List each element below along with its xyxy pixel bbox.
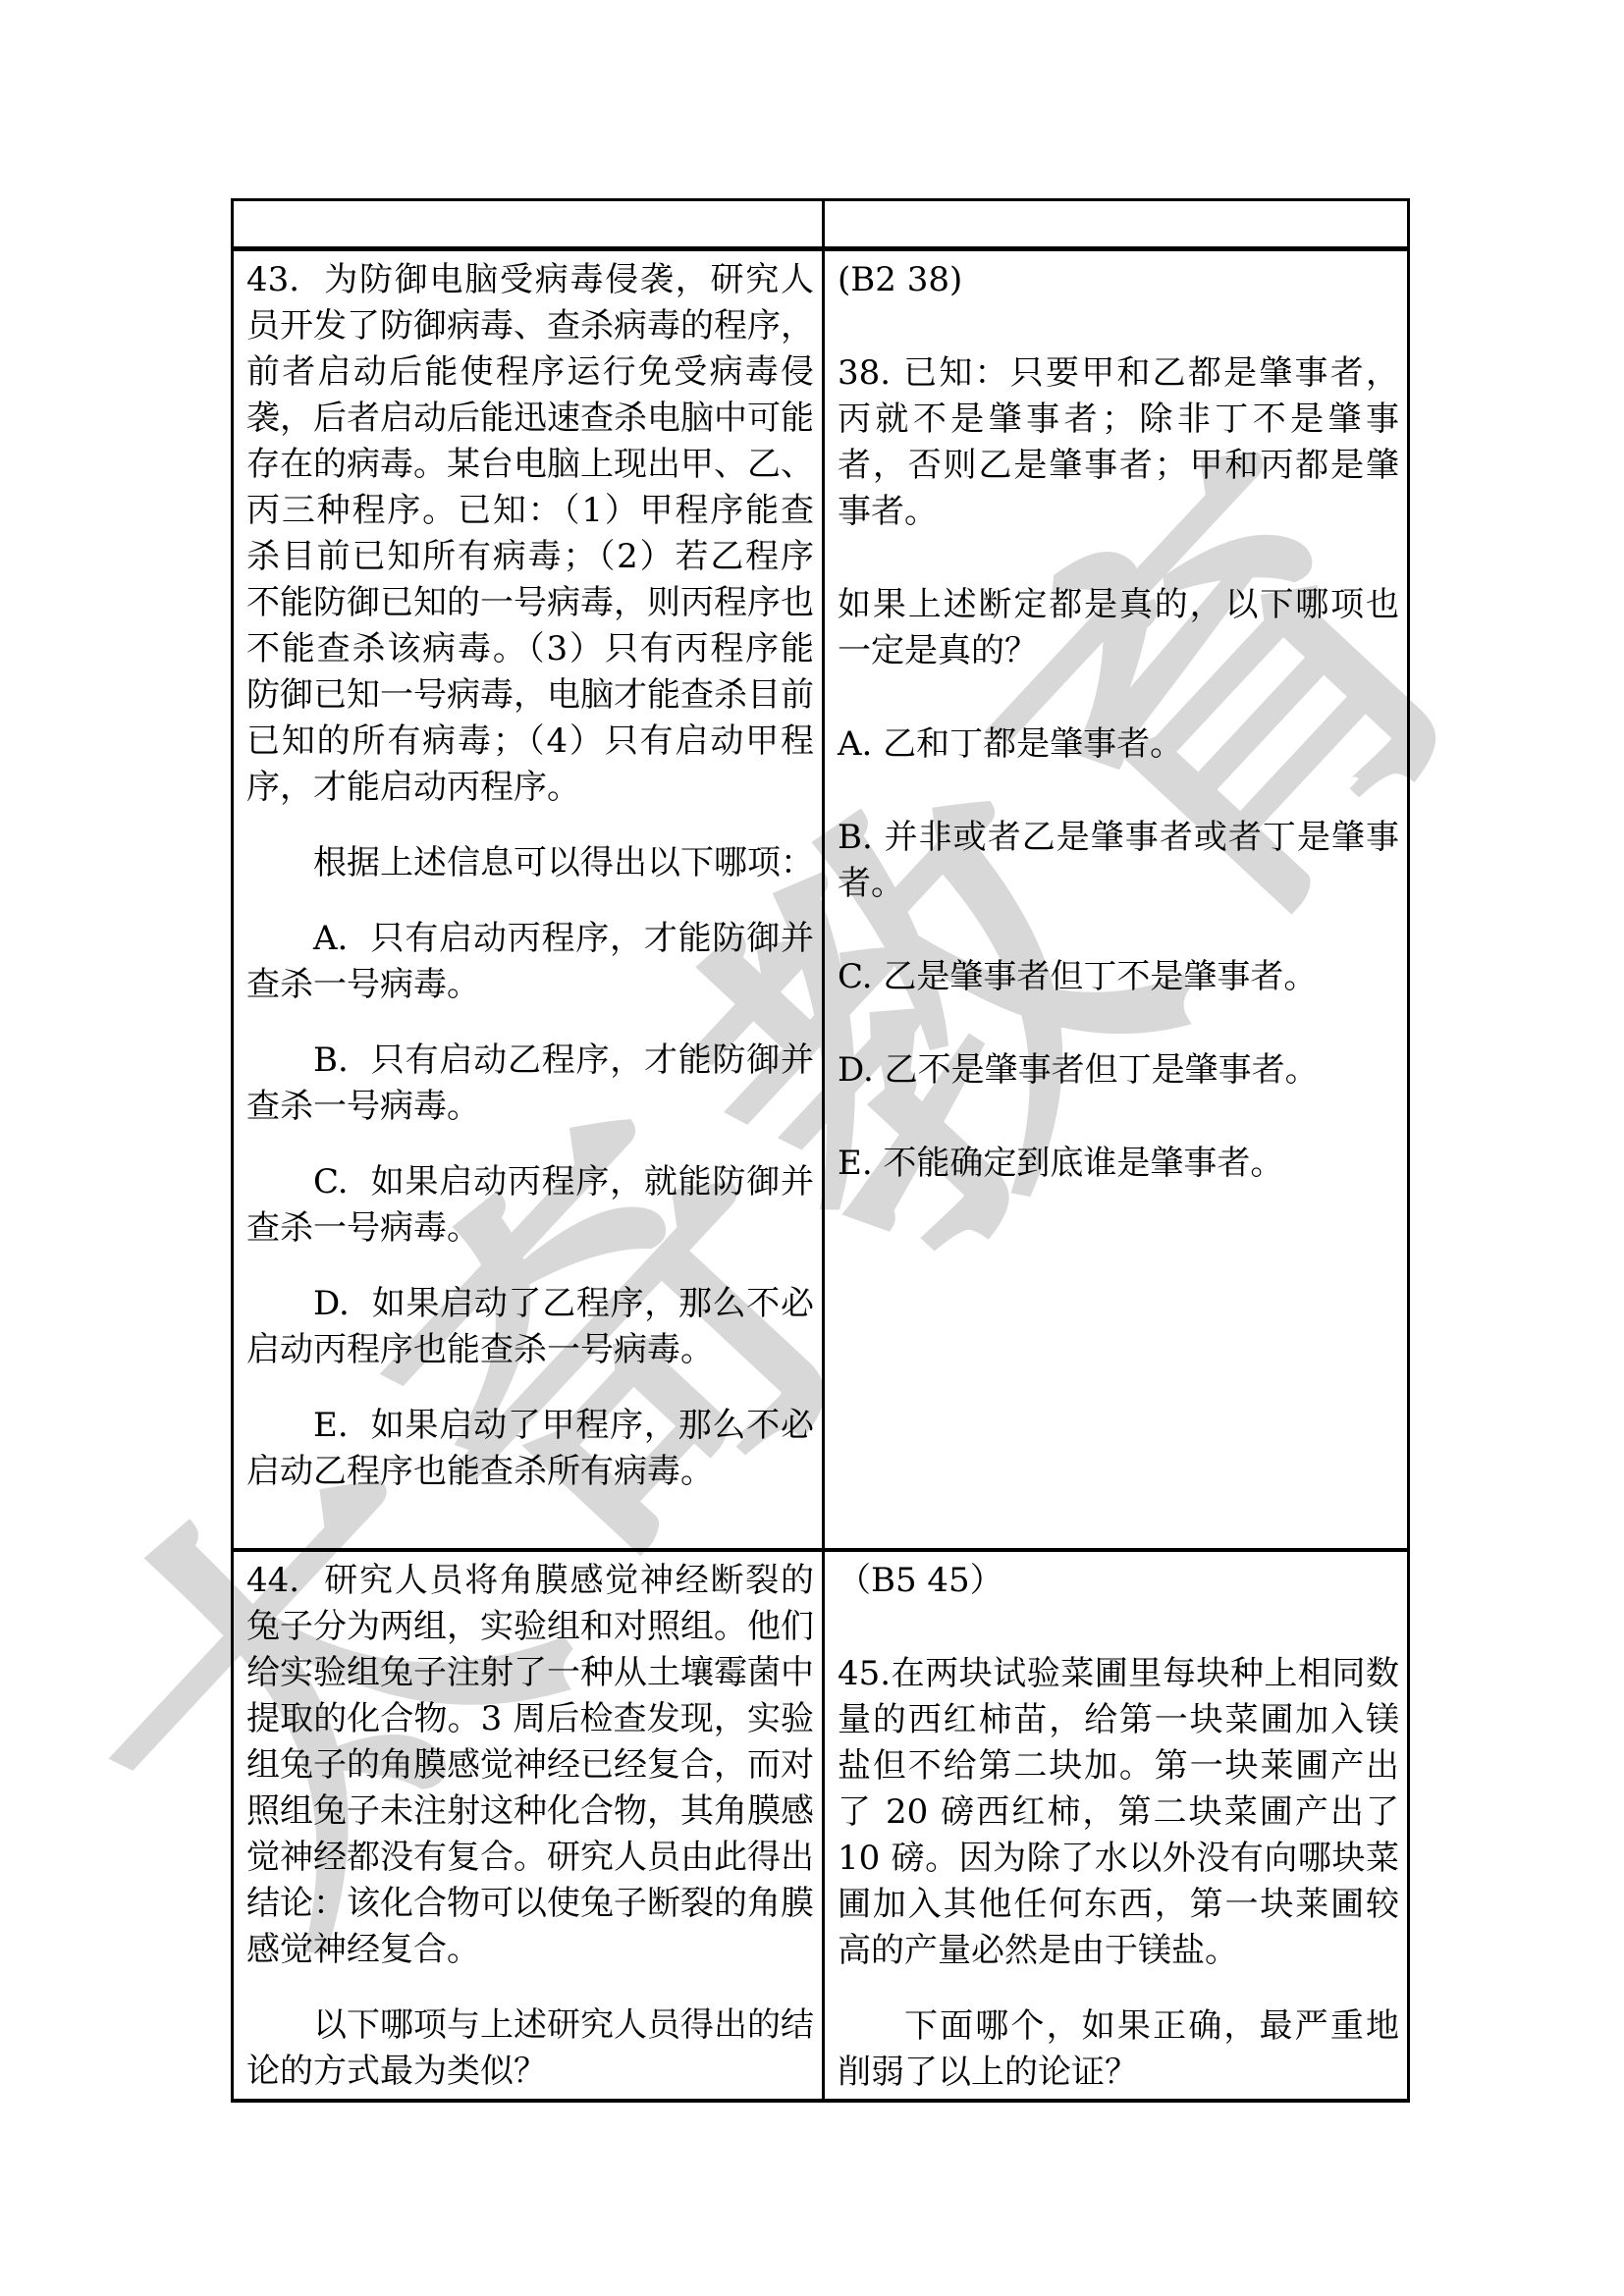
question-45-stem: 45.在两块试验菜圃里每块种上相同数量的西红柿苗，给第一块菜圃加入镁盐但不给第二…	[838, 1651, 1399, 1974]
cell-question-38: (B2 38)38. 已知：只要甲和乙都是肇事者，丙就不是肇事者；除非丁不是肇事…	[824, 249, 1409, 1551]
cell-question-43: 43. 为防御电脑受病毒侵袭，研究人员开发了防御病毒、查杀病毒的程序，前者启动后…	[233, 249, 824, 1551]
question-44-stem: 44. 研究人员将角膜感觉神经断裂的兔子分为两组，实验组和对照组。他们给实验组兔…	[246, 1558, 814, 1973]
empty-header-row	[233, 200, 1409, 249]
question-38-option-d: D. 乙不是肇事者但丁是肇事者。	[838, 1047, 1399, 1094]
question-43-option-c: C. 如果启动丙程序，就能防御并查杀一号病毒。	[246, 1159, 814, 1252]
row-question-43-38: 43. 为防御电脑受病毒侵袭，研究人员开发了防御病毒、查杀病毒的程序，前者启动后…	[233, 249, 1409, 1551]
row-question-44-45: 44. 研究人员将角膜感觉神经断裂的兔子分为两组，实验组和对照组。他们给实验组兔…	[233, 1550, 1409, 2101]
question-38-prompt: 如果上述断定都是真的，以下哪项也一定是真的？	[838, 582, 1399, 674]
question-43-prompt: 根据上述信息可以得出以下哪项：	[246, 840, 814, 886]
question-43-option-d: D. 如果启动了乙程序，那么不必启动丙程序也能查杀一号病毒。	[246, 1281, 814, 1373]
question-43-option-e: E. 如果启动了甲程序，那么不必启动乙程序也能查杀所有病毒。	[246, 1403, 814, 1495]
question-43-option-a: A. 只有启动丙程序，才能防御并查杀一号病毒。	[246, 916, 814, 1008]
question-38-option-a: A. 乙和丁都是肇事者。	[838, 721, 1399, 768]
question-45-source-tag: （B5 45）	[838, 1558, 1399, 1604]
question-43-option-b: B. 只有启动乙程序，才能防御并查杀一号病毒。	[246, 1038, 814, 1130]
empty-cell-right	[824, 200, 1409, 249]
question-table: 43. 为防御电脑受病毒侵袭，研究人员开发了防御病毒、查杀病毒的程序，前者启动后…	[231, 198, 1410, 2103]
cell-question-44: 44. 研究人员将角膜感觉神经断裂的兔子分为两组，实验组和对照组。他们给实验组兔…	[233, 1550, 824, 2101]
question-44-prompt: 以下哪项与上述研究人员得出的结论的方式最为类似？	[246, 2002, 814, 2095]
document-page: 太奇教育 43. 为防御电脑受病毒侵袭，研究人员开发了防御病毒、查杀病毒的程序，…	[0, 0, 1624, 2296]
question-38-option-c: C. 乙是肇事者但丁不是肇事者。	[838, 954, 1399, 1000]
question-45-prompt: 下面哪个，如果正确，最严重地削弱了以上的论证？	[838, 2003, 1399, 2096]
question-38-option-e: E. 不能确定到底谁是肇事者。	[838, 1141, 1399, 1187]
question-38-source-tag: (B2 38)	[838, 257, 1399, 303]
empty-cell-left	[233, 200, 824, 249]
question-38-stem: 38. 已知：只要甲和乙都是肇事者，丙就不是肇事者；除非丁不是肇事者，否则乙是肇…	[838, 350, 1399, 535]
cell-question-45: （B5 45）45.在两块试验菜圃里每块种上相同数量的西红柿苗，给第一块菜圃加入…	[824, 1550, 1409, 2101]
question-38-option-b: B. 并非或者乙是肇事者或者丁是肇事者。	[838, 815, 1399, 907]
question-43-stem: 43. 为防御电脑受病毒侵袭，研究人员开发了防御病毒、查杀病毒的程序，前者启动后…	[246, 257, 814, 811]
